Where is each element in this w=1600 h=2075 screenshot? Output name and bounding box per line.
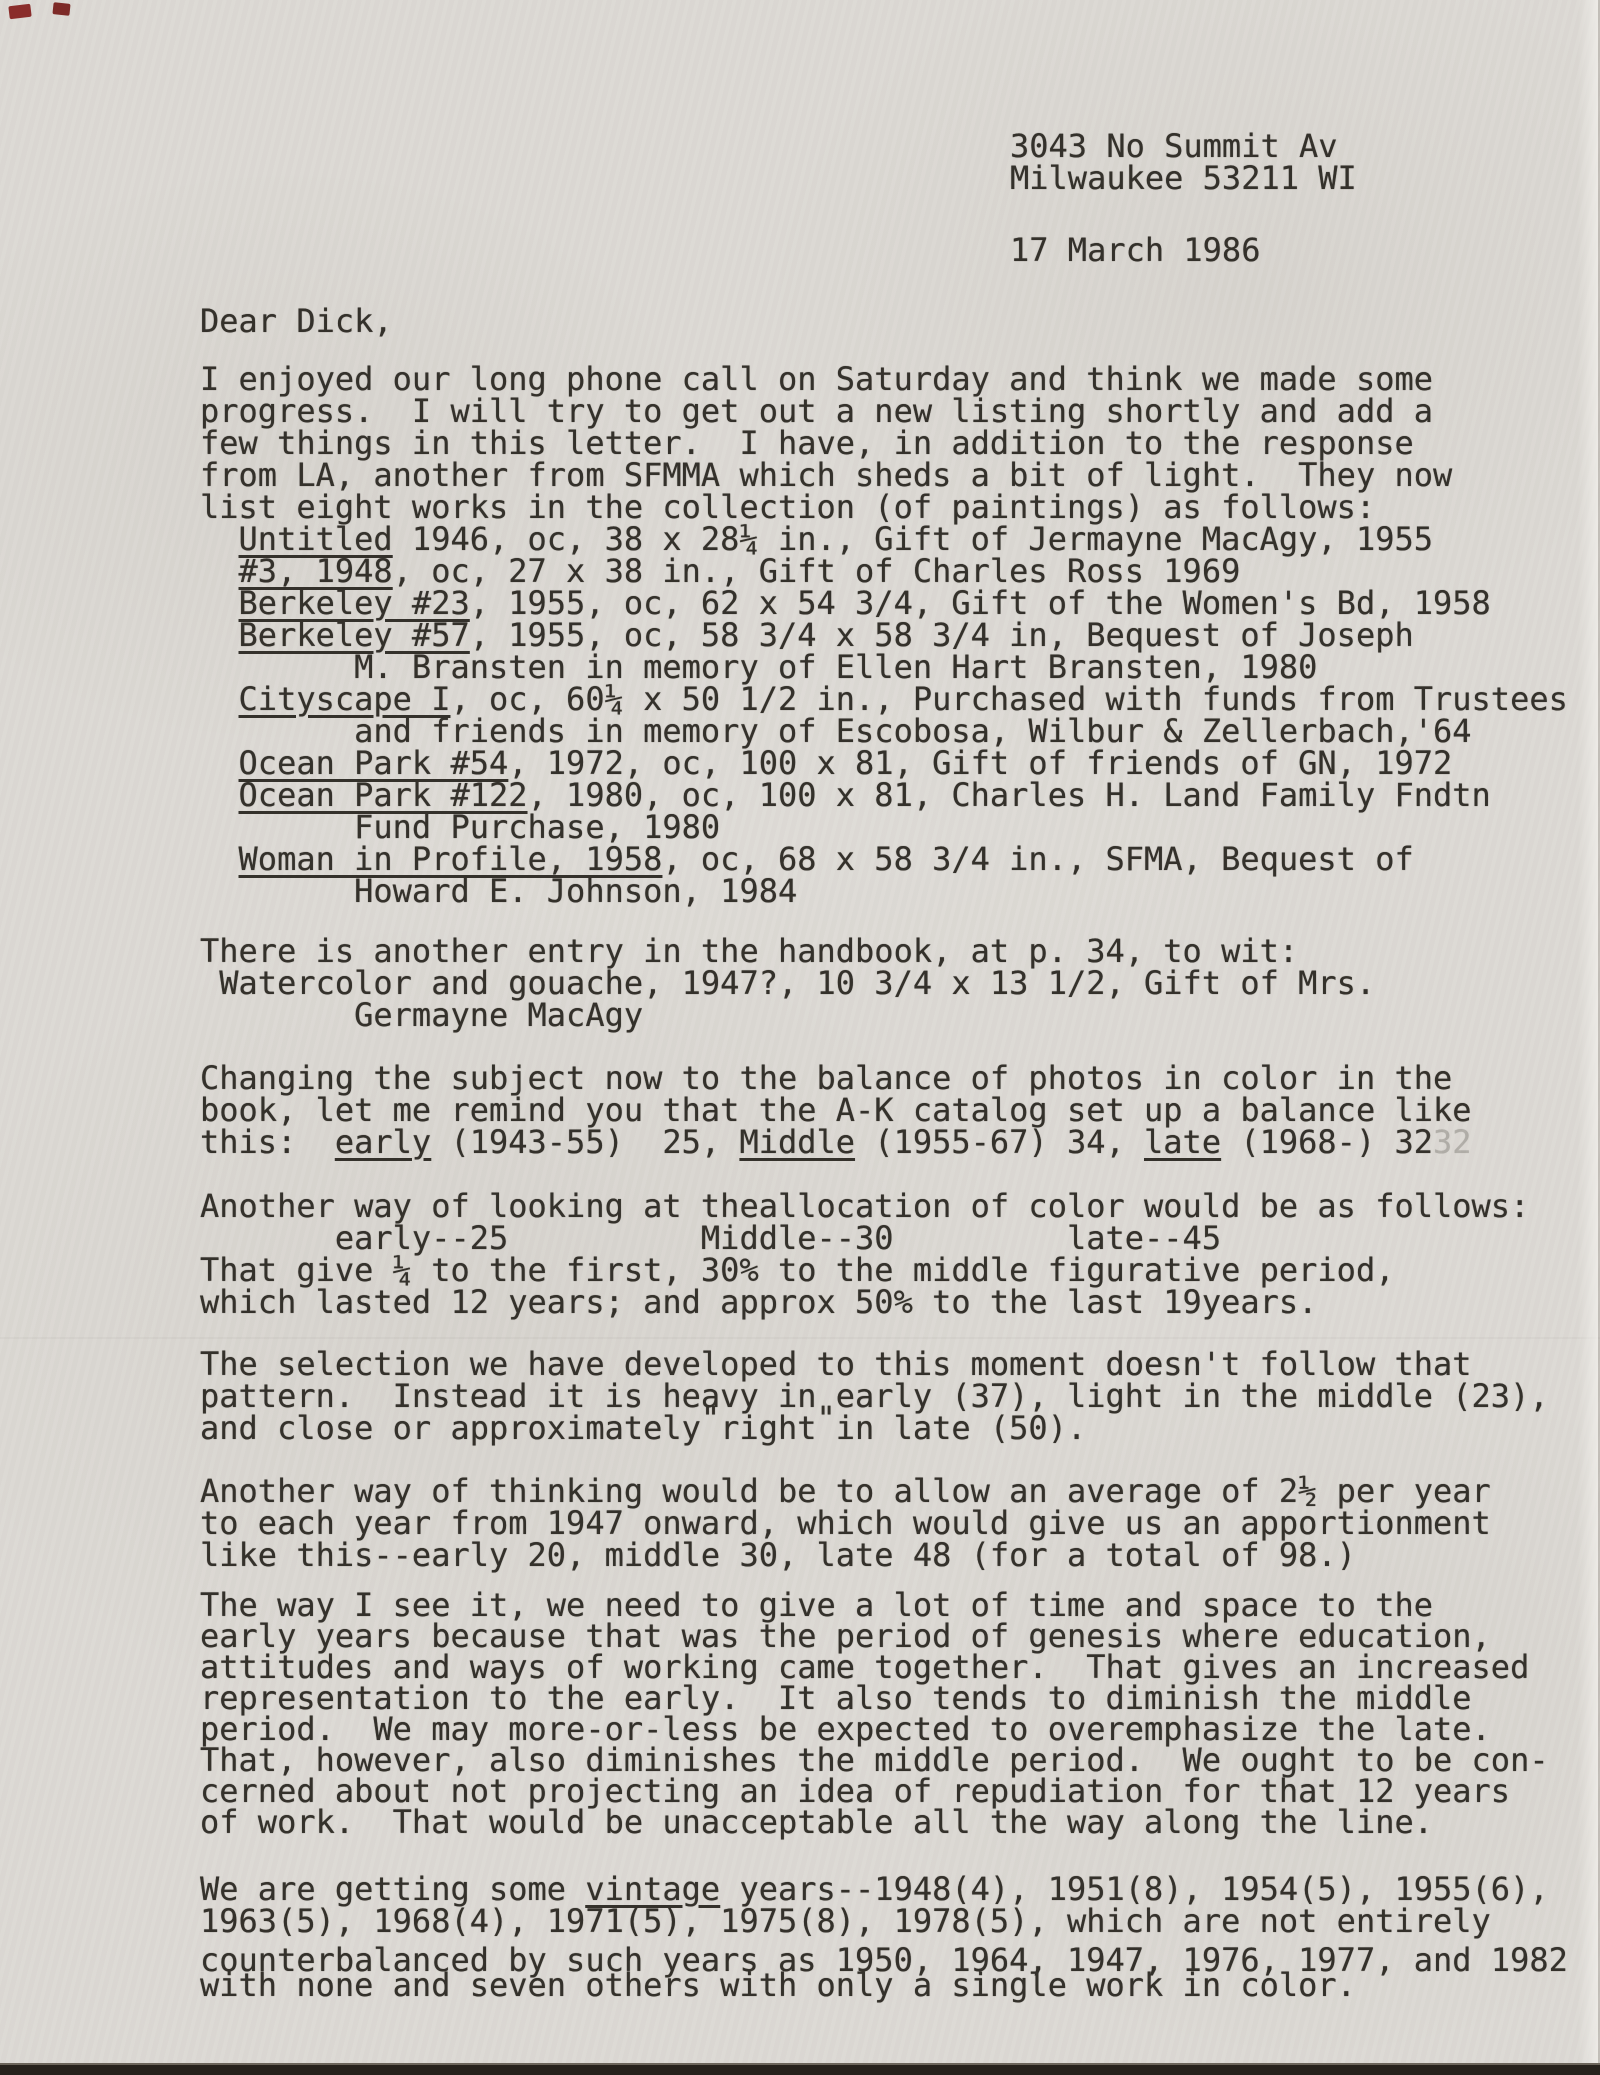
letter-scan: 3043 No Summit AvMilwaukee 53211 WI17 Ma… — [0, 0, 1600, 2075]
text-run: (1968-) 32 — [1221, 1123, 1433, 1161]
date-line: 17 March 1986 — [1010, 234, 1260, 266]
letter-line: Another way of thinking would be to allo… — [200, 1475, 1491, 1507]
letter-line: 1963(5), 1968(4), 1971(5), 1975(8), 1978… — [200, 1905, 1568, 1937]
scan-right-edge — [1578, 0, 1600, 2075]
text-run: Milwaukee 53211 WI — [1010, 159, 1357, 197]
paragraph-intro-and-collection-list: I enjoyed our long phone call on Saturda… — [200, 363, 1568, 907]
text-run: Howard E. Johnson, 1984 — [200, 872, 797, 910]
letter-line: Berkeley #57, 1955, oc, 58 3/4 x 58 3/4 … — [200, 619, 1568, 651]
letter-line: Changing the subject now to the balance … — [200, 1062, 1472, 1094]
red-ink-mark — [8, 4, 31, 20]
paragraph-early-years-reasoning: The way I see it, we need to give a lot … — [200, 1590, 1549, 1838]
text-run: (1943-55) 25, — [431, 1123, 739, 1161]
letter-line: few things in this letter. I have, in ad… — [200, 427, 1568, 459]
letter-line: Germayne MacAgy — [200, 999, 1375, 1031]
text-run: 1963(5), 1968(4), 1971(5), 1975(8), 1978… — [200, 1902, 1491, 1940]
letter-line: progress. I will try to get out a new li… — [200, 395, 1568, 427]
letter-line: book, let me remind you that the A-K cat… — [200, 1094, 1472, 1126]
text-run: (1955-67) 34, — [855, 1123, 1144, 1161]
letter-line: Fund Purchase, 1980 — [200, 811, 1568, 843]
letter-line: That give ¼ to the first, 30% to the mid… — [200, 1254, 1529, 1286]
letter-line: Another way of looking at theallocation … — [200, 1190, 1529, 1222]
letter-line: I enjoyed our long phone call on Saturda… — [200, 363, 1568, 395]
text-run: which lasted 12 years; and approx 50% to… — [200, 1283, 1317, 1321]
paragraph-average-apportionment: Another way of thinking would be to allo… — [200, 1475, 1491, 1571]
underlined-text: early — [335, 1123, 431, 1161]
text-run: with none and seven others with only a s… — [200, 1966, 1356, 2004]
letter-line: 3043 No Summit Av — [1010, 130, 1357, 162]
text-run: like this--early 20, middle 30, late 48 … — [200, 1536, 1356, 1574]
letter-line: of work. That would be unacceptable all … — [200, 1807, 1549, 1838]
letter-line: early--25 Middle--30 late--45 — [200, 1222, 1529, 1254]
paragraph-vintage-years: We are getting some vintage years--1948(… — [200, 1873, 1568, 2001]
letter-line: to each year from 1947 onward, which wou… — [200, 1507, 1491, 1539]
text-run: " — [817, 1399, 836, 1437]
sender-address: 3043 No Summit AvMilwaukee 53211 WI — [1010, 130, 1357, 194]
letter-line: M. Bransten in memory of Ellen Hart Bran… — [200, 651, 1568, 683]
paragraph-allocation: Another way of looking at theallocation … — [200, 1190, 1529, 1318]
paragraph-current-selection: The selection we have developed to this … — [200, 1348, 1549, 1444]
text-run: 17 March 1986 — [1010, 231, 1260, 269]
text-run: of work. That would be unacceptable all … — [200, 1803, 1433, 1841]
letter-line: Ocean Park #54, 1972, oc, 100 x 81, Gift… — [200, 747, 1568, 779]
text-run: right — [720, 1409, 816, 1447]
letter-line: Cityscape I, oc, 60¼ x 50 1/2 in., Purch… — [200, 683, 1568, 715]
letter-line: Dear Dick, — [200, 305, 393, 337]
letter-line: #3, 1948, oc, 27 x 38 in., Gift of Charl… — [200, 555, 1568, 587]
ghost-text: 32 — [1433, 1123, 1472, 1161]
letter-line: There is another entry in the handbook, … — [200, 935, 1375, 967]
underlined-text: late — [1144, 1123, 1221, 1161]
letter-line: and close or approximately"right"in late… — [200, 1412, 1549, 1444]
letter-line: pattern. Instead it is heavy in early (3… — [200, 1380, 1549, 1412]
letter-line: 17 March 1986 — [1010, 234, 1260, 266]
letter-line: We are getting some vintage years--1948(… — [200, 1873, 1568, 1905]
letter-line: Woman in Profile, 1958, oc, 68 x 58 3/4 … — [200, 843, 1568, 875]
text-run: Dear Dick, — [200, 302, 393, 340]
paper-crease — [0, 1337, 1600, 1339]
text-run: in late (50). — [836, 1409, 1086, 1447]
letter-line: like this--early 20, middle 30, late 48 … — [200, 1539, 1491, 1571]
salutation: Dear Dick, — [200, 305, 393, 337]
letter-line: Milwaukee 53211 WI — [1010, 162, 1357, 194]
scan-bottom-edge — [0, 2063, 1600, 2075]
letter-line: The selection we have developed to this … — [200, 1348, 1549, 1380]
letter-line: Berkeley #23, 1955, oc, 62 x 54 3/4, Gif… — [200, 587, 1568, 619]
paragraph-color-balance: Changing the subject now to the balance … — [200, 1062, 1472, 1158]
letter-line: from LA, another from SFMMA which sheds … — [200, 459, 1568, 491]
letter-line: which lasted 12 years; and approx 50% to… — [200, 1286, 1529, 1318]
text-run: and close or approximately — [200, 1409, 701, 1447]
paragraph-handbook-entry: There is another entry in the handbook, … — [200, 935, 1375, 1031]
letter-line: this: early (1943-55) 25, Middle (1955-6… — [200, 1126, 1472, 1158]
letter-line: Ocean Park #122, 1980, oc, 100 x 81, Cha… — [200, 779, 1568, 811]
letter-line: Howard E. Johnson, 1984 — [200, 875, 1568, 907]
red-ink-mark — [52, 2, 70, 16]
letter-line: Watercolor and gouache, 1947?, 10 3/4 x … — [200, 967, 1375, 999]
text-run: Germayne MacAgy — [200, 996, 643, 1034]
letter-line: and friends in memory of Escobosa, Wilbu… — [200, 715, 1568, 747]
letter-line: Untitled 1946, oc, 38 x 28¼ in., Gift of… — [200, 523, 1568, 555]
letter-line: list eight works in the collection (of p… — [200, 491, 1568, 523]
text-run: this: — [200, 1123, 335, 1161]
text-run: " — [701, 1399, 720, 1437]
underlined-text: Middle — [739, 1123, 855, 1161]
